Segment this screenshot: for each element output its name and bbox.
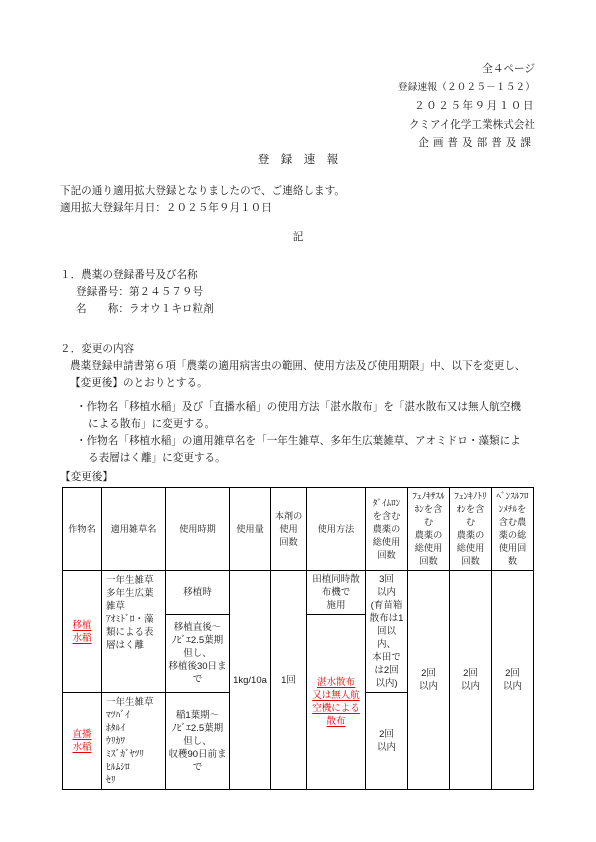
cell-daimuron-direct-seeded: 2回 以内 — [366, 693, 408, 790]
cell-method-simultaneous: 田植同時散 布機で 施用 — [307, 571, 366, 615]
cell-product-count: 1回 — [271, 571, 307, 790]
issue-date: ２０２５年９月１０日 — [398, 97, 535, 116]
table-row-transplanted-a: 移植 水稲 一年生雑草 多年生広葉雑草 ｱｵﾐﾄﾞﾛ・藻類による表層はく離 移植… — [63, 571, 534, 615]
department-name: 企画普及部普及課 — [398, 134, 535, 153]
method-flooded-or-drone-label: 湛水散布 又は無人航 空機による 散布 — [312, 677, 360, 727]
cell-weeds-direct-seeded: 一年生雑草 ﾏﾂﾊﾞｲ ﾎﾀﾙｲ ｳﾘｶﾜ ﾐｽﾞｶﾞﾔﾂﾘ ﾋﾙﾑｼﾛ ｾﾘ — [102, 693, 166, 790]
after-change-label: 【変更後】 — [60, 469, 113, 486]
document-page: 全４ページ 登録速報（２０２５－１５２） ２０２５年９月１０日 クミアイ化学工業… — [0, 0, 596, 842]
cell-period-after-transplant: 移植直後～ ﾉﾋﾞｴ2.5葉期 但し、 移植後30日まで — [166, 615, 230, 693]
document-header: 全４ページ 登録速報（２０２５－１５２） ２０２５年９月１０日 クミアイ化学工業… — [398, 60, 535, 153]
cell-fenquinotrione-count: 2回 以内 — [450, 571, 492, 790]
intro-paragraph: 下記の通り適用拡大登録となりましたので、ご連絡します。 適用拡大登録年月日：２０… — [60, 183, 540, 217]
company-name: クミアイ化学工業株式会社 — [398, 116, 535, 135]
section2-description-2: 【変更後】のとおりとする。 — [70, 375, 542, 392]
cell-amount: 1kg/10a — [230, 571, 271, 790]
section-changes: ２．変更の内容 農薬登録申請書第６項「農薬の適用病害虫の範囲、使用方法及び使用期… — [60, 341, 542, 467]
cell-bensulfuron-count: 2回 以内 — [492, 571, 534, 790]
col-header-daimuron: ﾀﾞｲﾑﾛﾝ を含む 農薬の 総使用 回数 — [366, 488, 408, 571]
registration-number: 登録番号：第２４５７９号 — [76, 284, 540, 301]
cell-method-flooded-or-drone: 湛水散布 又は無人航 空機による 散布 — [307, 615, 366, 790]
document-title: 登 録 速 報 — [0, 152, 596, 169]
col-header-amount: 使用量 — [230, 488, 271, 571]
col-header-weeds: 適用雑草名 — [102, 488, 166, 571]
change-bullets: ・作物名「移植水稲」及び「直播水稲」の使用方法「湛水散布」を「湛水散布又は無人航… — [60, 399, 542, 467]
section2-heading: ２．変更の内容 — [60, 341, 542, 358]
cell-period-direct-seeded: 稲1葉期～ ﾉﾋﾞｴ2.5葉期 但し、 収穫90日前まで — [166, 693, 230, 790]
crop-direct-seeded-label: 直播 水稲 — [72, 729, 91, 753]
section2-description-1: 農薬登録申請書第６項「農薬の適用病害虫の範囲、使用方法及び使用期限」中、以下を変… — [70, 358, 542, 375]
crop-transplanted-label: 移植 水稲 — [72, 620, 91, 644]
col-header-period: 使用時期 — [166, 488, 230, 571]
intro-line-1: 下記の通り適用拡大登録となりましたので、ご連絡します。 — [60, 183, 540, 200]
application-table: 作物名 適用雑草名 使用時期 使用量 本剤の 使用 回数 使用方法 ﾀﾞｲﾑﾛﾝ… — [62, 487, 534, 790]
col-header-fenquinotrione: ﾌｪﾝｷﾉﾄﾘ ｵﾝを含 む 農薬の 総使用 回数 — [450, 488, 492, 571]
col-header-product-count: 本剤の 使用 回数 — [271, 488, 307, 571]
change-bullet-1: ・作物名「移植水稲」及び「直播水稲」の使用方法「湛水散布」を「湛水散布又は無人航… — [60, 399, 542, 433]
intro-line-2: 適用拡大登録年月日：２０２５年９月１０日 — [60, 200, 540, 217]
cell-period-transplant-time: 移植時 — [166, 571, 230, 615]
section-registration: １．農薬の登録番号及び名称 登録番号：第２４５７９号 名 称：ラオウ１キロ粒剤 — [60, 267, 540, 318]
section1-heading: １．農薬の登録番号及び名称 — [60, 267, 540, 284]
product-name: 名 称：ラオウ１キロ粒剤 — [76, 301, 540, 318]
cell-daimuron-transplanted: 3回 以内 (育苗箱 散布は1 回以内、 本田で は2回 以内) — [366, 571, 408, 693]
col-header-crop: 作物名 — [63, 488, 102, 571]
record-marker: 記 — [0, 229, 596, 246]
cell-crop-transplanted: 移植 水稲 — [63, 571, 102, 693]
col-header-fenoxasulfone: ﾌｪﾉｷｻｽﾙ ﾎﾝを含 む 農薬の 総使用 回数 — [408, 488, 450, 571]
cell-fenoxasulfone-count: 2回 以内 — [408, 571, 450, 790]
col-header-method: 使用方法 — [307, 488, 366, 571]
report-id: 登録速報（２０２５－１５２） — [398, 79, 535, 98]
table-header-row: 作物名 適用雑草名 使用時期 使用量 本剤の 使用 回数 使用方法 ﾀﾞｲﾑﾛﾝ… — [63, 488, 534, 571]
change-bullet-2: ・作物名「移植水稲」の適用雑草名を「一年生雑草、多年生広葉雑草、アオミドロ・藻類… — [60, 433, 542, 467]
col-header-bensulfuron: ﾍﾞﾝｽﾙﾌﾛ ﾝﾒﾁﾙを 含む農 薬の総 使用回 数 — [492, 488, 534, 571]
cell-crop-direct-seeded: 直播 水稲 — [63, 693, 102, 790]
cell-weeds-transplanted: 一年生雑草 多年生広葉雑草 ｱｵﾐﾄﾞﾛ・藻類による表層はく離 — [102, 571, 166, 693]
page-count: 全４ページ — [398, 60, 535, 79]
